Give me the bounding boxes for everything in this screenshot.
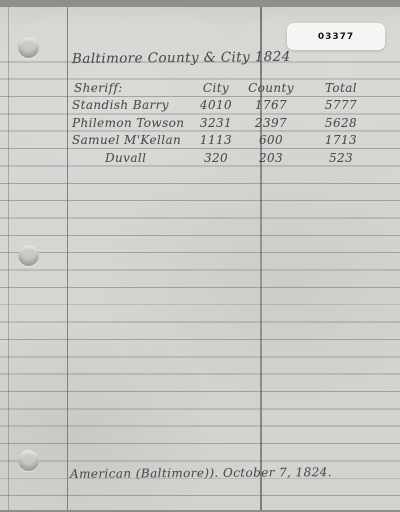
city-votes: 4010: [193, 98, 239, 112]
total-votes: 5777: [315, 98, 367, 112]
candidate-name: Duvall: [105, 151, 146, 165]
total-votes: 5628: [315, 116, 367, 130]
scanned-document: 03377 Baltimore County & City 1824 Sheri…: [0, 0, 400, 512]
catalog-sticker: 03377: [287, 23, 385, 50]
candidate-name: Standish Barry: [72, 98, 169, 112]
column-header-total: Total: [315, 81, 367, 95]
handwritten-title: Baltimore County & City 1824: [72, 49, 291, 67]
table-row: Samuel M'Kellan 1113 600 1713: [0, 133, 400, 150]
county-votes: 600: [243, 133, 299, 147]
candidate-name: Samuel M'Kellan: [72, 133, 181, 147]
column-header-city: City: [193, 81, 239, 95]
total-votes: 1713: [315, 133, 367, 147]
table-row: Duvall 320 203 523: [0, 151, 400, 168]
catalog-number: 03377: [318, 32, 354, 42]
notebook-page: 03377 Baltimore County & City 1824 Sheri…: [0, 7, 400, 510]
table-row: Philemon Towson 3231 2397 5628: [0, 116, 400, 133]
county-votes: 2397: [243, 116, 299, 130]
punch-hole-top: [18, 37, 39, 58]
city-votes: 320: [193, 151, 239, 165]
county-votes: 1767: [243, 98, 299, 112]
city-votes: 3231: [193, 116, 239, 130]
candidate-name: Philemon Towson: [72, 116, 184, 130]
total-votes: 523: [315, 151, 367, 165]
results-table: Sheriff: City County Total Standish Barr…: [0, 81, 400, 173]
source-citation: American (Baltimore)). October 7, 1824.: [70, 465, 332, 481]
punch-hole-bottom: [18, 450, 39, 471]
table-header-row: Sheriff: City County Total: [0, 81, 400, 98]
punch-hole-middle: [18, 245, 39, 266]
office-label: Sheriff:: [74, 81, 123, 95]
county-votes: 203: [243, 151, 299, 165]
column-header-county: County: [243, 81, 299, 95]
table-row: Standish Barry 4010 1767 5777: [0, 98, 400, 115]
city-votes: 1113: [193, 133, 239, 147]
